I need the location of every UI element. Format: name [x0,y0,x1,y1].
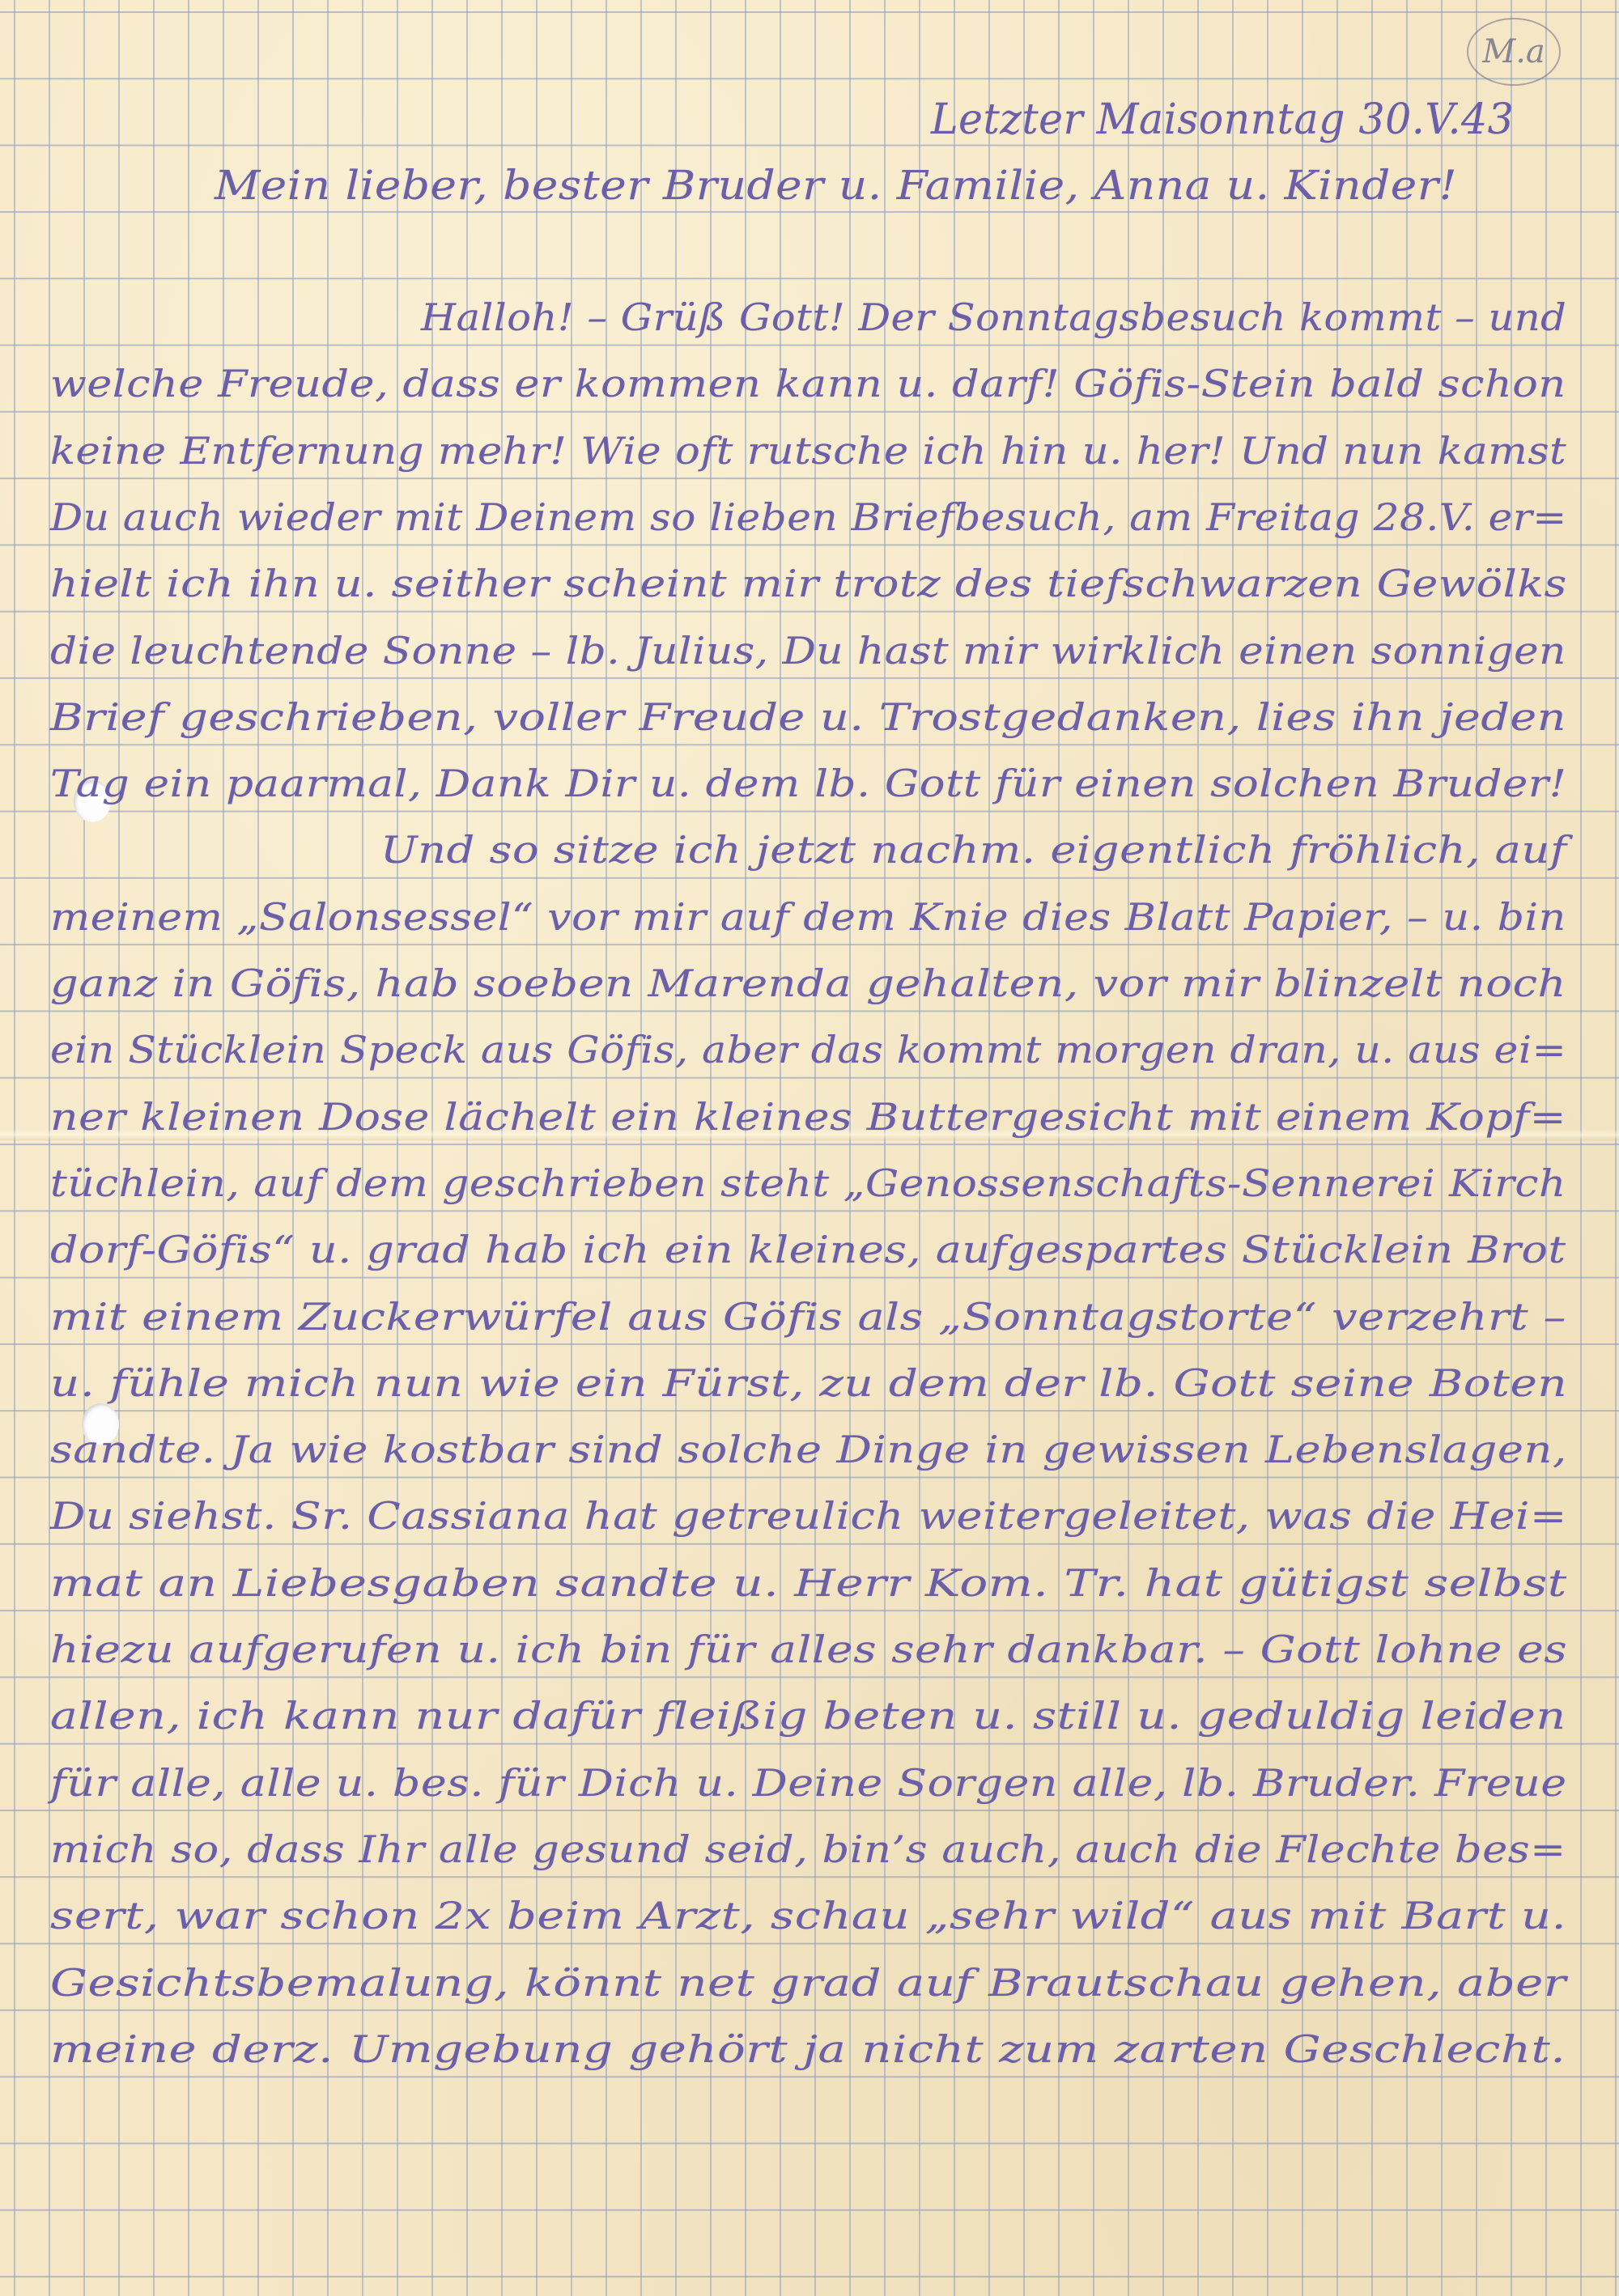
letter-line: meine derz. Umgebung gehört ja nicht zum… [50,2027,1566,2071]
date-line: Letzter Maisonntag 30.V.43 [931,95,1514,144]
letter-line: tüchlein, auf dem geschrieben steht „Gen… [50,1161,1566,1205]
letter-line: hiezu aufgerufen u. ich bin für alles se… [50,1628,1567,1671]
salutation: Mein lieber, bester Bruder u. Familie, A… [215,162,1457,209]
letter-line: Du auch wieder mit Deinem so lieben Brie… [50,495,1567,539]
letter-line: ein Stücklein Speck aus Göfis, aber das … [50,1028,1566,1072]
letter-line: meinem „Salonsessel“ vor mir auf dem Kni… [50,895,1566,939]
letter-line: Tag ein paarmal, Dank Dir u. dem lb. Got… [50,762,1567,805]
letter-line: Gesichtsbemalung, könnt net grad auf Bra… [50,1961,1566,2005]
letter-line: die leuchtende Sonne – lb. Julius, Du ha… [50,629,1566,673]
letter-line: allen, ich kann nur dafür fleißig beten … [50,1694,1566,1738]
letter-line: hielt ich ihn u. seither scheint mir tro… [50,562,1567,605]
letter-line: keine Entfernung mehr! Wie oft rutsche i… [50,429,1566,473]
letter-line: sandte. Ja wie kostbar sind solche Dinge… [50,1428,1567,1471]
letter-line: mich so, dass Ihr alle gesund seid, bin’… [50,1827,1566,1871]
letter-line: ganz in Göfis, hab soeben Marenda gehalt… [50,961,1566,1005]
archive-mark: M.a [1467,18,1561,86]
letter-line: mat an Liebesgaben sandte u. Herr Kom. T… [50,1561,1567,1605]
letter-line: ner kleinen Dose lächelt ein kleines But… [50,1095,1566,1139]
letter-line: für alle, alle u. bes. für Dich u. Deine… [50,1761,1567,1805]
ruled-paper [0,0,1619,2296]
letter-line: welche Freude, dass er kommen kann u. da… [50,362,1566,405]
letter-line: Halloh! – Grüß Gott! Der Sonntagsbesuch … [421,295,1566,339]
archive-mark-text: M.a [1482,33,1545,70]
letter-line: sert, war schon 2x beim Arzt, schau „seh… [50,1894,1566,1937]
letter-line: dorf-Göfis“ u. grad hab ich ein kleines,… [50,1228,1566,1271]
letter-line: u. fühle mich nun wie ein Fürst, zu dem … [50,1361,1567,1405]
letter-line: Und so sitze ich jetzt nachm. eigentlich… [380,828,1567,872]
letter-line: Du siehst. Sr. Cassiana hat getreulich w… [50,1494,1567,1538]
letter-line: Brief geschrieben, voller Freude u. Tros… [50,695,1566,739]
letter-line: mit einem Zuckerwürfel aus Göfis als „So… [50,1295,1566,1339]
